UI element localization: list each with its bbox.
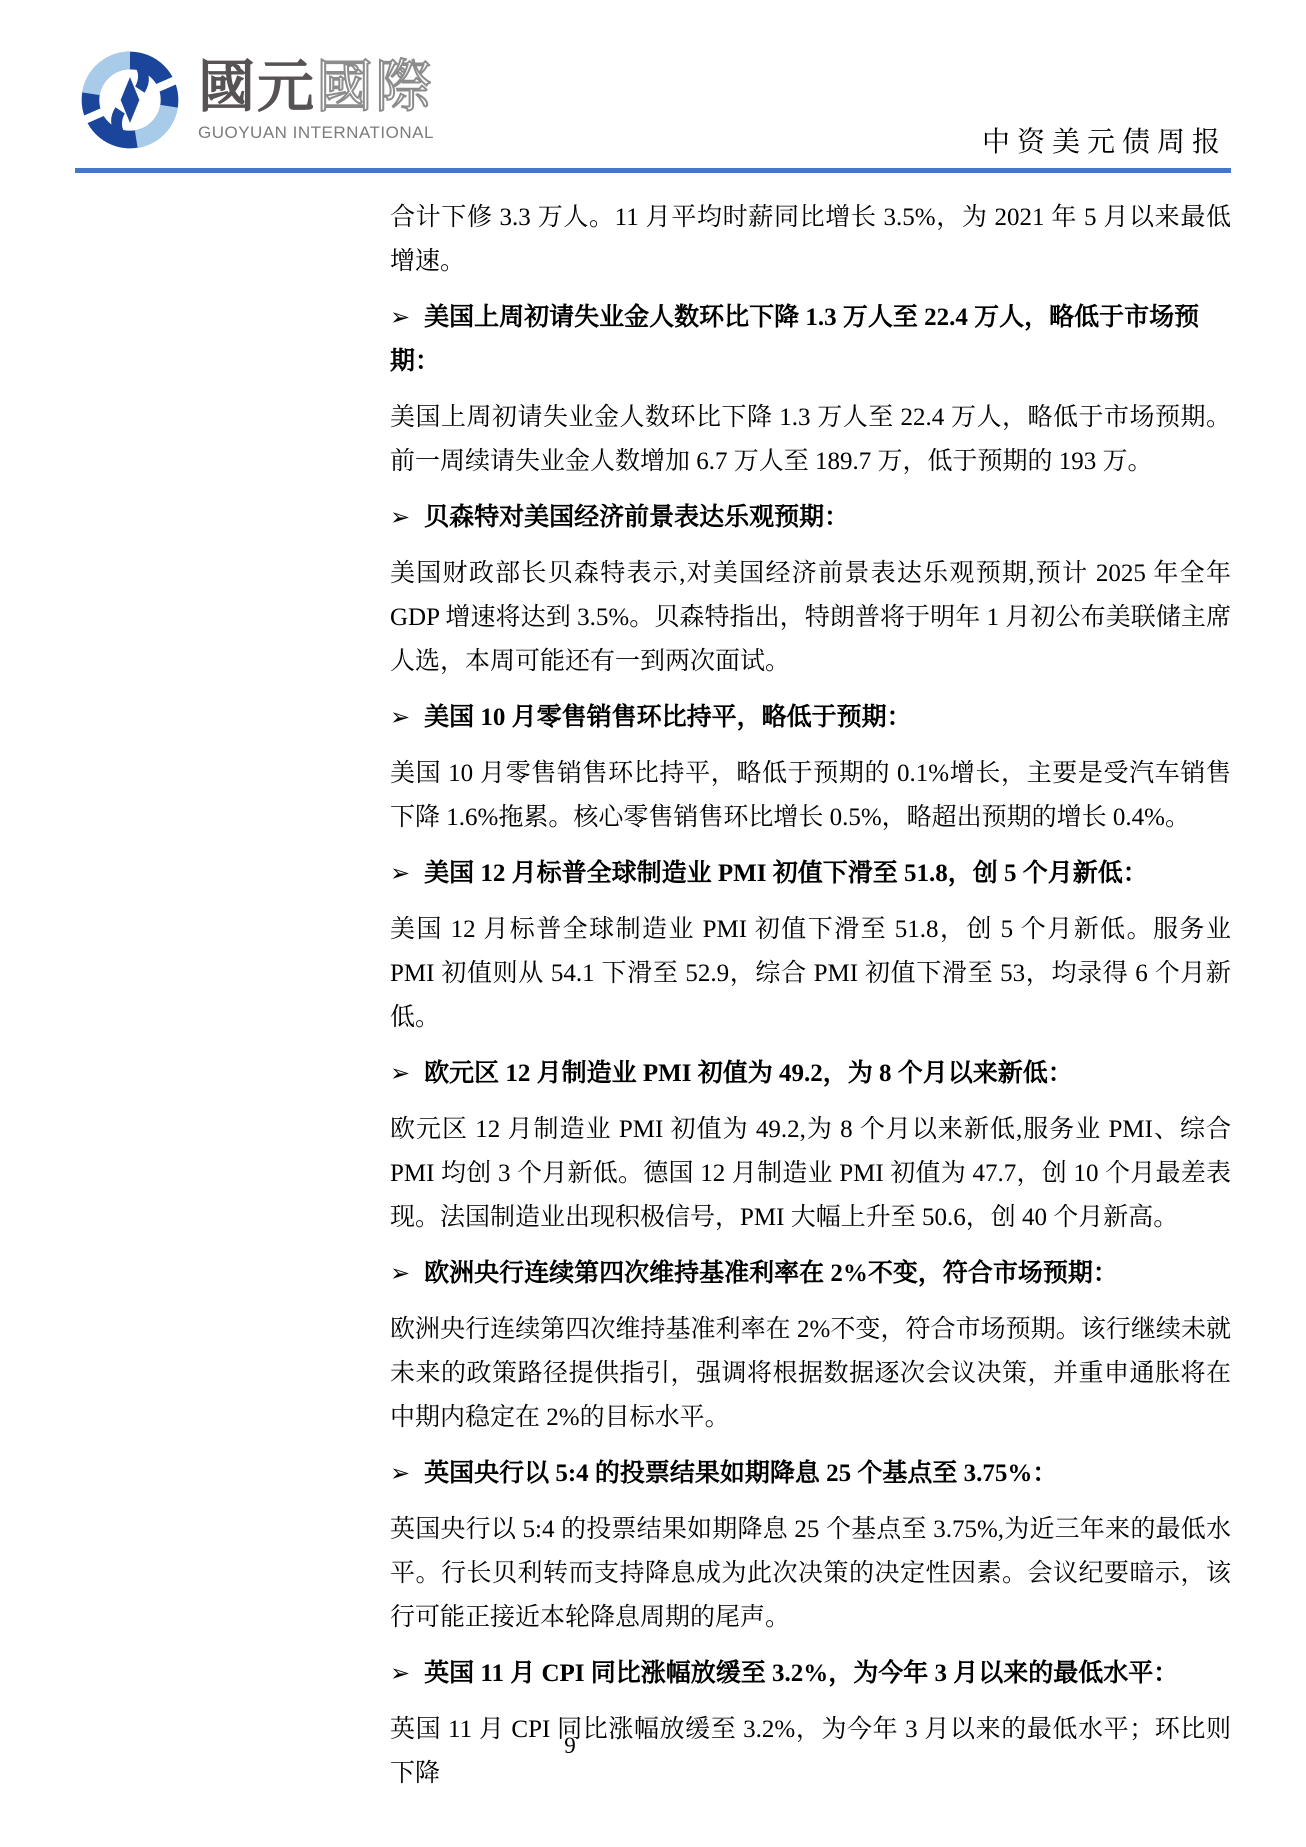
bullet-heading: ➢贝森特对美国经济前景表达乐观预期： (390, 496, 1231, 540)
paragraph-continuation: 合计下修 3.3 万人。11 月平均时薪同比增长 3.5%，为 2021 年 5… (390, 196, 1231, 284)
page-number: 9 (564, 1733, 576, 1758)
bullet-heading-text: 美国 12 月标普全球制造业 PMI 初值下滑至 51.8，创 5 个月新低： (424, 860, 1148, 887)
bullet-item: ➢英国 11 月 CPI 同比涨幅放缓至 3.2%，为今年 3 月以来的最低水平… (390, 1652, 1231, 1796)
bullet-arrow-icon: ➢ (390, 503, 410, 531)
bullet-arrow-icon: ➢ (390, 1259, 410, 1287)
bullet-body-text: 欧元区 12 月制造业 PMI 初值为 49.2,为 8 个月以来新低,服务业 … (390, 1108, 1231, 1240)
bullet-list: ➢美国上周初请失业金人数环比下降 1.3 万人至 22.4 万人，略低于市场预期… (390, 296, 1231, 1796)
report-content: 合计下修 3.3 万人。11 月平均时薪同比增长 3.5%，为 2021 年 5… (390, 196, 1231, 1808)
bullet-item: ➢欧元区 12 月制造业 PMI 初值为 49.2，为 8 个月以来新低： 欧元… (390, 1052, 1231, 1240)
bullet-arrow-icon: ➢ (390, 1059, 410, 1087)
bullet-body-text: 美国 12 月标普全球制造业 PMI 初值下滑至 51.8，创 5 个月新低。服… (390, 908, 1231, 1040)
bullet-item: ➢美国上周初请失业金人数环比下降 1.3 万人至 22.4 万人，略低于市场预期… (390, 296, 1231, 484)
bullet-body-text: 美国财政部长贝森特表示,对美国经济前景表达乐观预期,预计 2025 年全年 GD… (390, 552, 1231, 684)
bullet-item: ➢欧洲央行连续第四次维持基准利率在 2%不变，符合市场预期： 欧洲央行连续第四次… (390, 1252, 1231, 1440)
report-page: 國元國際 GUOYUAN INTERNATIONAL 中资美元债周报 合计下修 … (0, 0, 1306, 1847)
bullet-heading: ➢欧洲央行连续第四次维持基准利率在 2%不变，符合市场预期： (390, 1252, 1231, 1296)
bullet-heading-text: 美国上周初请失业金人数环比下降 1.3 万人至 22.4 万人，略低于市场预期： (390, 304, 1199, 375)
bullet-heading-text: 英国 11 月 CPI 同比涨幅放缓至 3.2%，为今年 3 月以来的最低水平： (424, 1660, 1178, 1687)
bullet-heading-text: 贝森特对美国经济前景表达乐观预期： (424, 504, 849, 531)
logo-brand-cn-primary: 國元 (198, 55, 316, 119)
guoyuan-logo-icon (78, 48, 182, 152)
company-logo: 國元國際 GUOYUAN INTERNATIONAL (78, 48, 434, 152)
bullet-heading-text: 欧洲央行连续第四次维持基准利率在 2%不变，符合市场预期： (424, 1260, 1118, 1287)
logo-brand-cn: 國元國際 (198, 56, 434, 119)
bullet-heading-text: 英国央行以 5:4 的投票结果如期降息 25 个基点至 3.75%： (424, 1460, 1057, 1487)
bullet-heading: ➢英国 11 月 CPI 同比涨幅放缓至 3.2%，为今年 3 月以来的最低水平… (390, 1652, 1231, 1696)
bullet-heading-text: 美国 10 月零售销售环比持平，略低于预期： (424, 704, 912, 731)
logo-brand-cn-secondary: 國際 (316, 55, 434, 119)
header-divider (75, 168, 1231, 173)
page-footer: 9 (0, 1733, 1140, 1759)
bullet-item: ➢英国央行以 5:4 的投票结果如期降息 25 个基点至 3.75%： 英国央行… (390, 1452, 1231, 1640)
bullet-arrow-icon: ➢ (390, 303, 410, 331)
bullet-body-text: 美国上周初请失业金人数环比下降 1.3 万人至 22.4 万人，略低于市场预期。… (390, 396, 1231, 484)
bullet-body-text: 欧洲央行连续第四次维持基准利率在 2%不变，符合市场预期。该行继续未就未来的政策… (390, 1308, 1231, 1440)
bullet-item: ➢美国 12 月标普全球制造业 PMI 初值下滑至 51.8，创 5 个月新低：… (390, 852, 1231, 1040)
bullet-heading: ➢英国央行以 5:4 的投票结果如期降息 25 个基点至 3.75%： (390, 1452, 1231, 1496)
bullet-heading: ➢美国 12 月标普全球制造业 PMI 初值下滑至 51.8，创 5 个月新低： (390, 852, 1231, 896)
bullet-item: ➢美国 10 月零售销售环比持平，略低于预期： 美国 10 月零售销售环比持平，… (390, 696, 1231, 840)
bullet-body-text: 英国央行以 5:4 的投票结果如期降息 25 个基点至 3.75%,为近三年来的… (390, 1508, 1231, 1640)
bullet-arrow-icon: ➢ (390, 703, 410, 731)
logo-brand-en: GUOYUAN INTERNATIONAL (198, 123, 434, 143)
bullet-heading: ➢美国 10 月零售销售环比持平，略低于预期： (390, 696, 1231, 740)
bullet-item: ➢贝森特对美国经济前景表达乐观预期： 美国财政部长贝森特表示,对美国经济前景表达… (390, 496, 1231, 684)
bullet-arrow-icon: ➢ (390, 1459, 410, 1487)
logo-text: 國元國際 GUOYUAN INTERNATIONAL (198, 48, 434, 143)
bullet-heading: ➢欧元区 12 月制造业 PMI 初值为 49.2，为 8 个月以来新低： (390, 1052, 1231, 1096)
bullet-heading-text: 欧元区 12 月制造业 PMI 初值为 49.2，为 8 个月以来新低： (424, 1060, 1073, 1087)
bullet-arrow-icon: ➢ (390, 1659, 410, 1687)
report-title: 中资美元债周报 (982, 120, 1227, 160)
bullet-body-text: 美国 10 月零售销售环比持平，略低于预期的 0.1%增长，主要是受汽车销售下降… (390, 752, 1231, 840)
bullet-heading: ➢美国上周初请失业金人数环比下降 1.3 万人至 22.4 万人，略低于市场预期… (390, 296, 1231, 384)
bullet-arrow-icon: ➢ (390, 859, 410, 887)
